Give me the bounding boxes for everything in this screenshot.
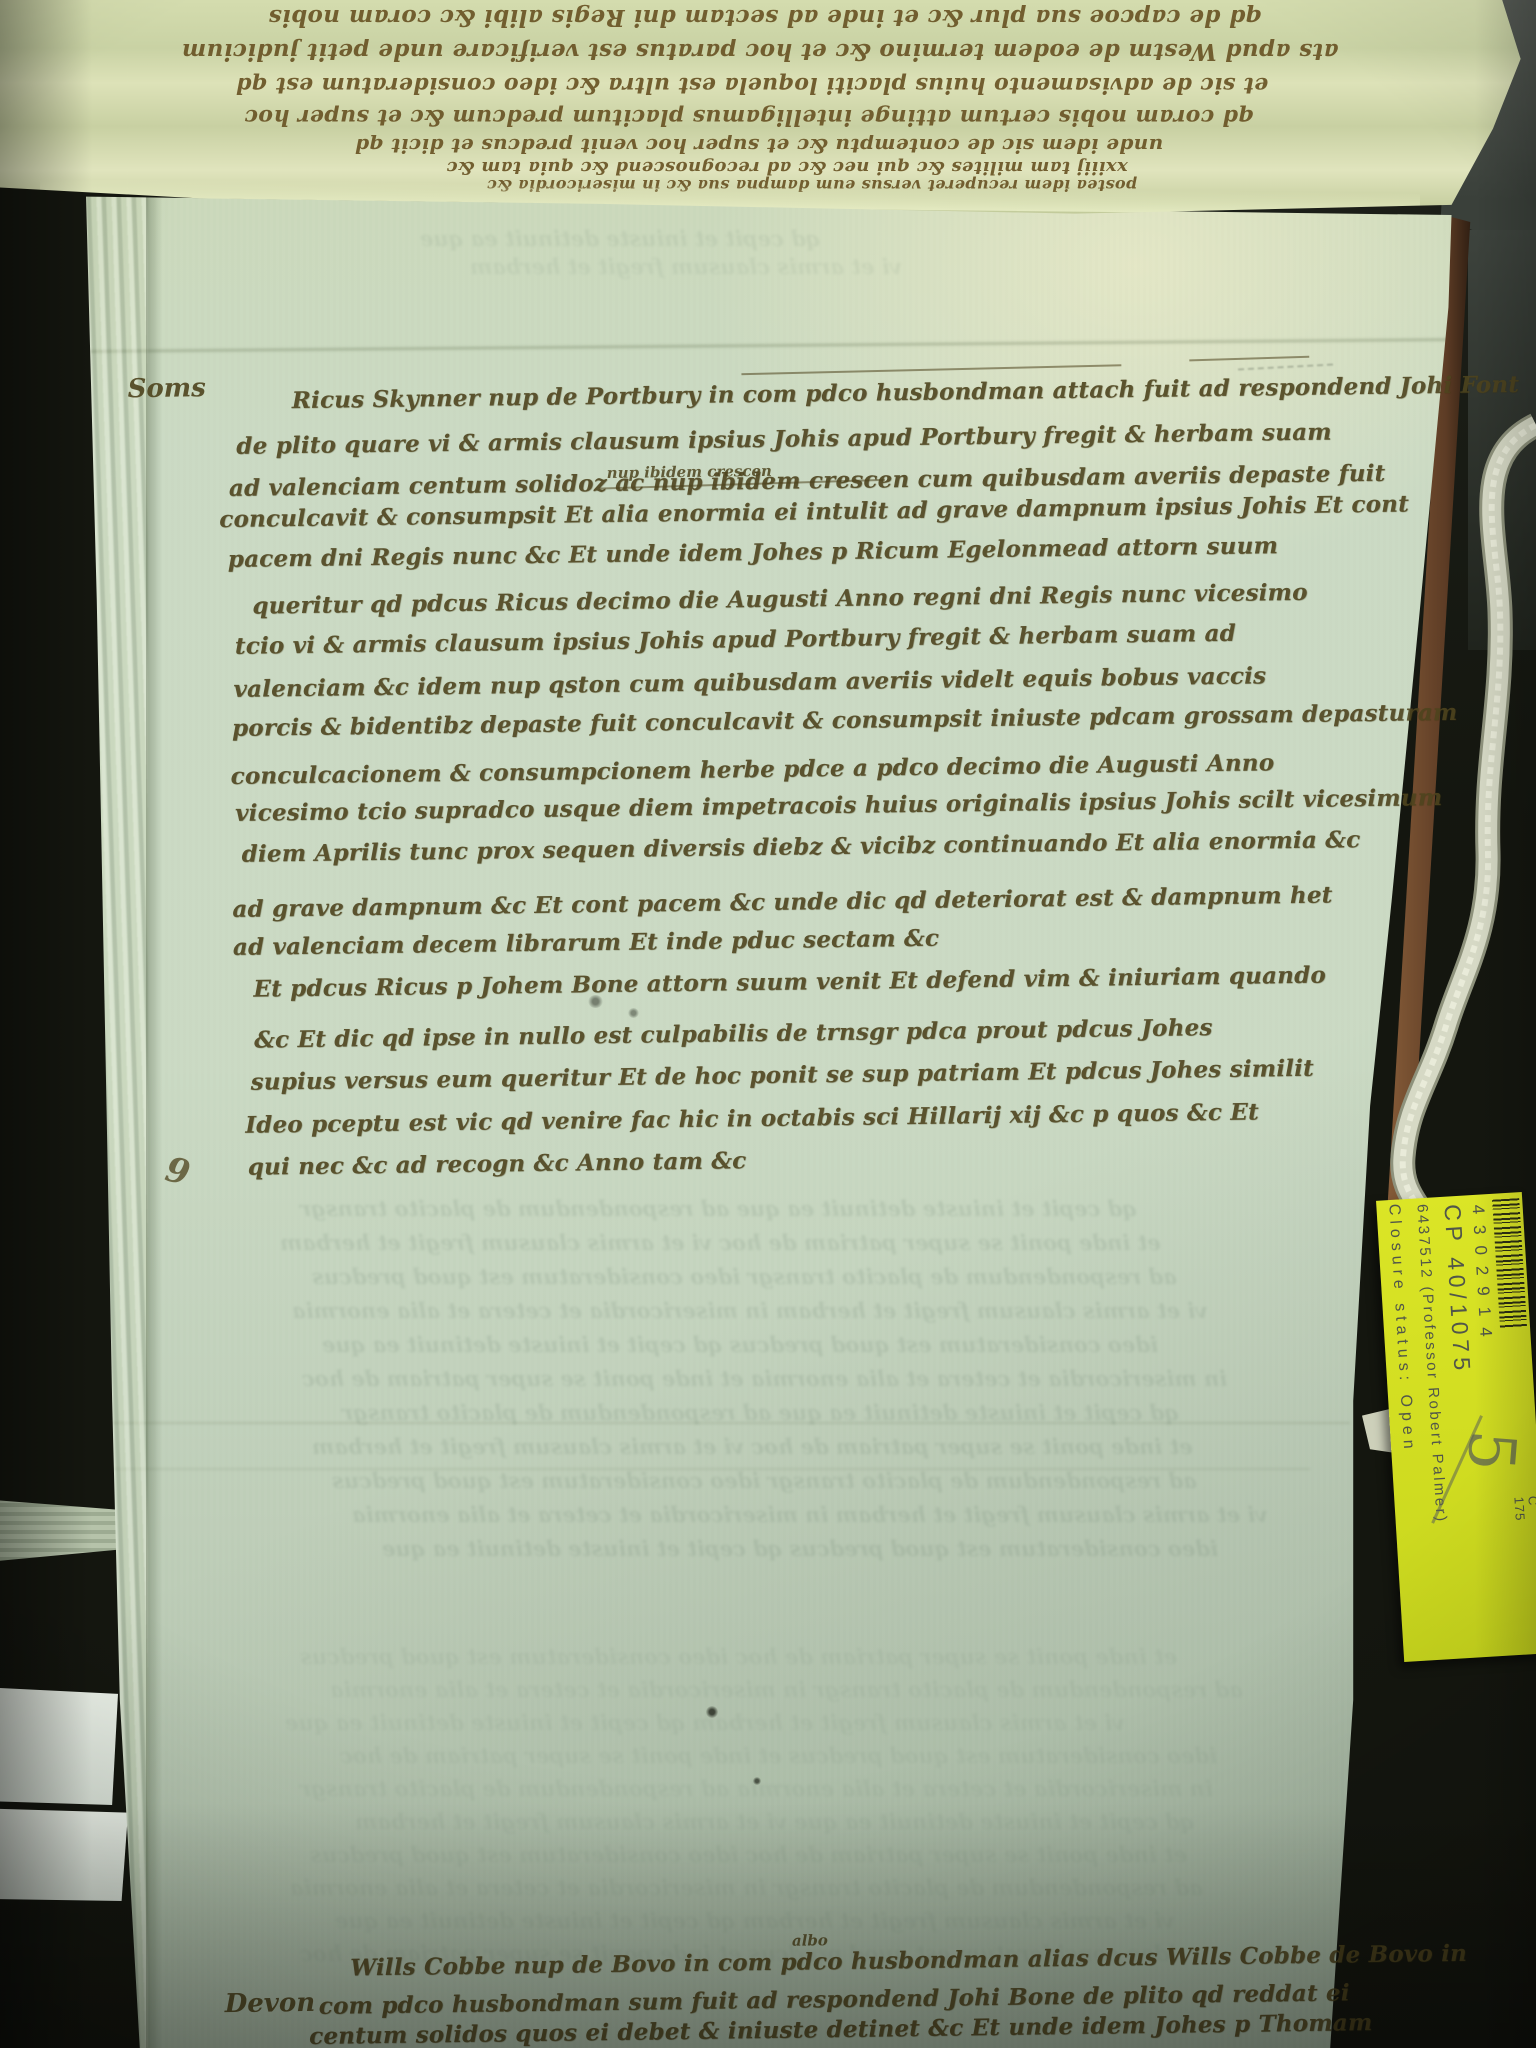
- archive-sticker: 4302914 CP 40/1075 6437512 (Professor Ro…: [1376, 1192, 1536, 1662]
- sticker-corner-code: C 175: [1511, 1495, 1536, 1521]
- bottom-entry-text: Wills Cobbe nup de Bovo in com pdco husb…: [0, 0, 1536, 2048]
- archive-sticker-content: 4302914 CP 40/1075 6437512 (Professor Ro…: [1376, 1192, 1536, 1662]
- verso-line: et sic de advisamento huius placiti loqu…: [12, 72, 1492, 98]
- verso-line: ats apud Westm de eodem termino &c et ho…: [0, 38, 1520, 65]
- archival-photograph-plea-roll: DE OF THIS MA S ARE AVAILABL * SIDE OF T…: [0, 0, 1536, 2048]
- manuscript-line: Wills Cobbe nup de Bovo in com pdco husb…: [350, 1940, 1467, 1982]
- verso-line: xxiiij tam milites &c qui nec &c ad reco…: [172, 157, 1402, 178]
- verso-line: qd de capcoe sua plur &c et inde ad sect…: [10, 4, 1520, 31]
- verso-line: qd coram nobis certum attinge intelligam…: [34, 104, 1464, 130]
- top-folded-membrane: qd de capcoe sua plur &c et inde ad sect…: [0, 0, 1536, 218]
- manuscript-text-layer: Soms nup ibidem crescen Ricus Skynner nu…: [0, 0, 1536, 2048]
- verso-line: unde idem sic de contemptu &c et super h…: [64, 134, 1454, 158]
- sticker-closure-status: Closure status: Open: [1384, 1203, 1417, 1454]
- barcode-icon: [1492, 1198, 1527, 1329]
